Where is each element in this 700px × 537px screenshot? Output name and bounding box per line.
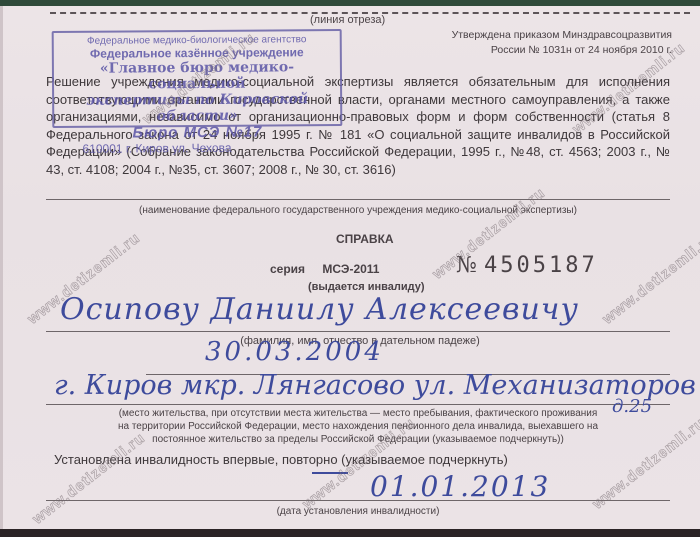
certificate-title: СПРАВКА xyxy=(336,232,394,246)
bottom-edge xyxy=(0,529,700,537)
left-edge xyxy=(0,6,3,529)
approval-line-2: России № 1031н от 24 ноября 2010 г. xyxy=(452,43,672,58)
birth-date-value: 30.03.2004 xyxy=(205,337,384,367)
stamp-line-4: экспертизы по Кировской области» xyxy=(54,91,340,125)
name-line xyxy=(46,331,670,332)
address-caption-line-1: (место жительства, при отсутствии места … xyxy=(46,407,670,420)
disability-date-caption: (дата установления инвалидности) xyxy=(46,506,670,517)
series-value: МСЭ-2011 xyxy=(322,262,379,276)
approval-note: Утверждена приказом Минздравсоцразвития … xyxy=(452,28,672,58)
approval-line-1: Утверждена приказом Минздравсоцразвития xyxy=(452,28,672,43)
address-line xyxy=(46,404,670,405)
cut-line-label: (линия отреза) xyxy=(310,14,385,26)
disability-date-line xyxy=(46,500,670,501)
stamp-line-2: Федеральное казённое учреждение xyxy=(54,45,340,61)
recipient-name: Осипову Даниилу Алексеевичу xyxy=(60,292,579,327)
disability-date-value: 01.01.2013 xyxy=(370,470,550,503)
stamp-line-5: Бюро МСЭ №17 xyxy=(54,123,340,142)
certificate-number: 4505187 xyxy=(484,253,598,278)
series: серия МСЭ-2011 xyxy=(270,262,379,276)
institution-line xyxy=(46,199,670,200)
stamp-line-6: 610001 г. Киров ул. Чехова xyxy=(54,140,340,156)
address-value: г. Киров мкр. Лянгасово ул. Механизаторо… xyxy=(54,370,696,401)
series-label: серия xyxy=(270,262,305,276)
institution-caption: (наименование федерального государственн… xyxy=(46,205,670,216)
